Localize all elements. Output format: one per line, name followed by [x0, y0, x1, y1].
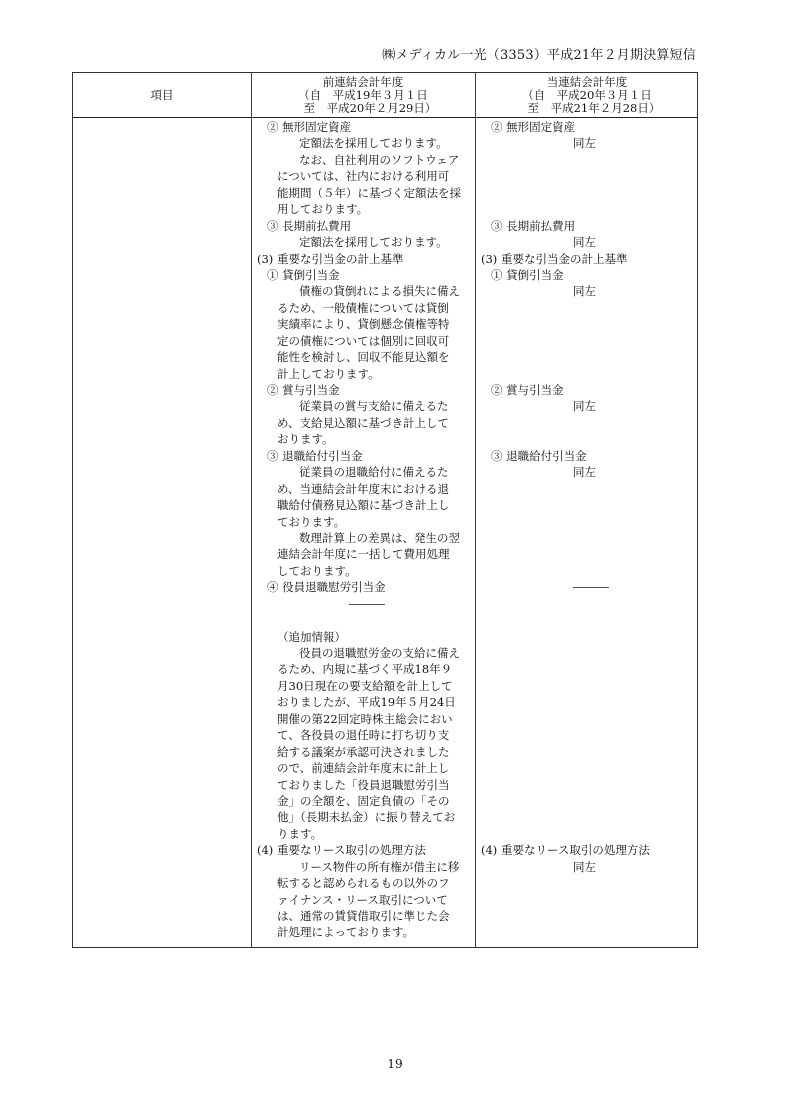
text-line — [481, 711, 695, 727]
text-line — [481, 645, 695, 661]
text-line — [481, 415, 695, 431]
text-line: 連結会計年度に一括して費用処理 — [257, 546, 471, 562]
text-line — [481, 826, 695, 842]
text-line: ② 賞与引当金 — [257, 382, 471, 398]
text-line: 定の債権については個別に回収可 — [257, 333, 471, 349]
column-divider — [475, 73, 476, 947]
text-line — [481, 661, 695, 677]
text-line: 同左 — [481, 464, 695, 480]
text-line: 定額法を採用しております。 — [257, 234, 471, 250]
text-line: (4) 重要なリース取引の処理方法 — [481, 842, 695, 858]
text-line: 従業員の退職給付に備えるた — [257, 464, 471, 480]
page-number: 19 — [0, 1057, 790, 1071]
not-applicable-dash — [481, 579, 695, 595]
text-line — [481, 809, 695, 825]
text-line — [481, 563, 695, 579]
text-line — [481, 546, 695, 562]
text-line: 職給付債務見込額に基づき計上し — [257, 497, 471, 513]
text-line — [481, 300, 695, 316]
text-line: 同左 — [481, 234, 695, 250]
text-line: め、当連結会計年度末における退 — [257, 481, 471, 497]
text-line: ③ 退職給付引当金 — [481, 448, 695, 464]
text-line — [481, 152, 695, 168]
text-line — [481, 431, 695, 447]
text-line: ァイナンス・リース取引について — [257, 892, 471, 908]
text-line — [481, 629, 695, 645]
text-line: 他」（長期未払金）に振り替えてお — [257, 809, 471, 825]
text-line: め、支給見込額に基づき計上して — [257, 415, 471, 431]
text-line: ④ 役員退職慰労引当金 — [257, 579, 471, 595]
text-line: リース物件の所有権が借主に移 — [257, 859, 471, 875]
text-line: 実績率により、貸倒懸念債権等特 — [257, 316, 471, 332]
text-line: 債権の貸倒れによる損失に備え — [257, 283, 471, 299]
text-line — [481, 349, 695, 365]
text-line: 能期間（５年）に基づく定額法を採 — [257, 185, 471, 201]
text-line — [481, 316, 695, 332]
text-line: ので、前連結会計年度末に計上し — [257, 760, 471, 776]
text-line: (3) 重要な引当金の計上基準 — [257, 251, 471, 267]
text-line: 数理計算上の差異は、発生の翌 — [257, 530, 471, 546]
text-line: （追加情報） — [257, 629, 471, 645]
text-line: ります。 — [257, 826, 471, 842]
text-line: 月30日現在の要支給額を計上して — [257, 678, 471, 694]
text-line — [481, 744, 695, 760]
text-line: (3) 重要な引当金の計上基準 — [481, 251, 695, 267]
text-line: 定額法を採用しております。 — [257, 135, 471, 151]
text-line: は、通常の賃貸借取引に準じた会 — [257, 908, 471, 924]
accounting-policy-table: 項目 前連結会計年度 （自 平成19年３月１日 至 平成20年２月29日） 当連… — [72, 72, 698, 948]
text-line: 計上しております。 — [257, 366, 471, 382]
text-line — [481, 333, 695, 349]
text-line — [481, 514, 695, 530]
text-line — [481, 777, 695, 793]
text-line: 開催の第22回定時株主総会におい — [257, 711, 471, 727]
text-line: 計処理によっております。 — [257, 924, 471, 940]
text-line: ておりました「役員退職慰労引当 — [257, 777, 471, 793]
text-line — [481, 168, 695, 184]
text-line: おります。 — [257, 431, 471, 447]
text-line: 用しております。 — [257, 201, 471, 217]
text-line — [481, 481, 695, 497]
header-prev-period: 前連結会計年度 （自 平成19年３月１日 至 平成20年２月29日） — [251, 73, 475, 118]
text-line: については、社内における利用可 — [257, 168, 471, 184]
text-line: 従業員の賞与支給に備えるた — [257, 398, 471, 414]
text-line — [481, 694, 695, 710]
text-line: ③ 退職給付引当金 — [257, 448, 471, 464]
text-line: おりましたが、平成19年５月24日 — [257, 694, 471, 710]
text-line — [481, 497, 695, 513]
header-curr-period: 当連結会計年度 （自 平成20年３月１日 至 平成21年２月28日） — [475, 73, 699, 118]
text-line — [481, 793, 695, 809]
text-line: 金」の全額を、固定負債の「その — [257, 793, 471, 809]
header-item-label: 項目 — [151, 89, 174, 102]
text-line: 同左 — [481, 398, 695, 414]
column-divider — [251, 73, 252, 947]
text-line — [481, 612, 695, 628]
curr-period-column: ② 無形固定資産同左③ 長期前払費用同左(3) 重要な引当金の計上基準① 貸倒引… — [481, 119, 695, 875]
text-line: ① 貸倒引当金 — [257, 267, 471, 283]
text-line: ② 無形固定資産 — [257, 119, 471, 135]
text-line: 給する議案が承認可決されました — [257, 744, 471, 760]
text-line: ております。 — [257, 514, 471, 530]
text-line: るため、内規に基づく平成18年９ — [257, 661, 471, 677]
text-line: 役員の退職慰労金の支給に備え — [257, 645, 471, 661]
text-line: ③ 長期前払費用 — [481, 218, 695, 234]
document-header-title: ㈱メディカル一光（3353）平成21年２月期決算短信 — [382, 44, 696, 63]
text-line: て、各役員の退任時に打ち切り支 — [257, 727, 471, 743]
text-line — [481, 201, 695, 217]
text-line: 同左 — [481, 283, 695, 299]
text-line — [481, 760, 695, 776]
text-line: 転すると認められるもの以外のフ — [257, 875, 471, 891]
text-line: 同左 — [481, 135, 695, 151]
not-applicable-dash — [257, 596, 471, 612]
text-line: 同左 — [481, 859, 695, 875]
header-item: 項目 — [73, 73, 251, 118]
text-line — [481, 727, 695, 743]
table-header-row: 項目 前連結会計年度 （自 平成19年３月１日 至 平成20年２月29日） 当連… — [73, 73, 697, 118]
prev-period-column: ② 無形固定資産定額法を採用しております。なお、自社利用のソフトウェアについては… — [257, 119, 471, 941]
text-line: なお、自社利用のソフトウェア — [257, 152, 471, 168]
text-line — [481, 678, 695, 694]
text-line: ① 貸倒引当金 — [481, 267, 695, 283]
text-line: るため、一般債権については貸倒 — [257, 300, 471, 316]
text-line: 能性を検討し、回収不能見込額を — [257, 349, 471, 365]
text-line — [481, 185, 695, 201]
text-line: (4) 重要なリース取引の処理方法 — [257, 842, 471, 858]
text-line: ② 賞与引当金 — [481, 382, 695, 398]
header-prev-to: 至 平成20年２月29日） — [290, 102, 437, 115]
text-line — [481, 366, 695, 382]
text-line — [481, 530, 695, 546]
text-line — [481, 596, 695, 612]
text-line — [257, 612, 471, 628]
text-line: しております。 — [257, 563, 471, 579]
header-curr-to: 至 平成21年２月28日） — [514, 102, 661, 115]
text-line: ③ 長期前払費用 — [257, 218, 471, 234]
text-line: ② 無形固定資産 — [481, 119, 695, 135]
